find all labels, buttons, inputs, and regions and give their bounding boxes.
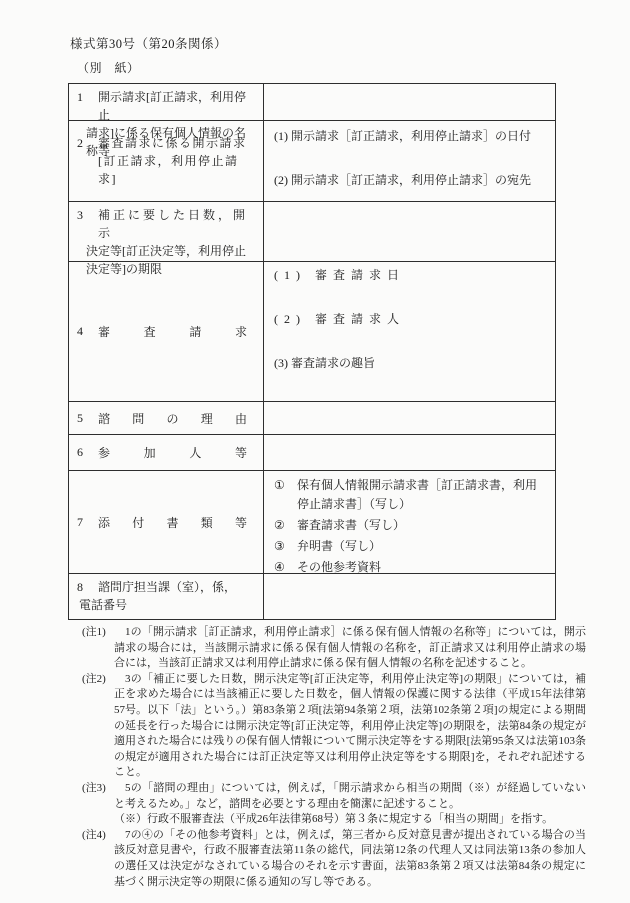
row-7-label-cell: 7 添付書類等 [69, 471, 264, 573]
row-label-line: 電話番号 [77, 596, 255, 614]
row-5-value-cell [264, 402, 555, 434]
note-tag: (注1) [82, 625, 114, 672]
row-label-text: 添付書類等 [98, 514, 247, 531]
table-row-6: 6 参加人等 [69, 435, 555, 471]
attachment-item-2: ② 審査請求書（写し） [274, 516, 545, 535]
row-4-value-cell: (1) 審査請求日 (2) 審査請求人 (3) 審査請求の趣旨 [264, 262, 555, 401]
note-3: (注3) 5の「諮問の理由」については，例えば，「開示請求から相当の期間（※）が… [82, 781, 586, 828]
note-2: (注2) 3の「補正に要した日数，開示決定等[訂正決定等，利用停止決定等]の期限… [82, 672, 586, 781]
note-4: (注4) 7の④の「その他参考資料」とは，例えば，第三者から反対意見書が提出され… [82, 828, 586, 890]
note-text: 1の「開示請求［訂正請求，利用停止請求］に係る保有個人情報の名称等」については，… [114, 625, 586, 672]
attachment-item-text: 保有個人情報開示請求書［訂正請求書，利用 停止請求書］（写し） [297, 476, 545, 514]
row-label-text: 審査請求 [98, 323, 247, 340]
row-3-value-cell [264, 202, 555, 261]
circled-number-marker: ② [274, 516, 297, 535]
row-1-value-cell [264, 84, 555, 120]
row-number: 5 [77, 411, 98, 426]
note-body: 7の④の「その他参考資料」とは，例えば，第三者から反対意見書が提出されている場合… [114, 828, 586, 890]
value-line: 停止請求書］（写し） [297, 495, 545, 514]
row-8-label-cell: 8 諮問庁担当課（室），係， 電話番号 [69, 574, 264, 619]
request-info-table: 1 開示請求[訂正請求，利用停止 請求]に係る保有個人情報の名称等 2 審査請求… [68, 83, 556, 620]
row-number: 6 [77, 445, 98, 460]
form-number-heading: 様式第30号（第20条関係） [68, 34, 586, 52]
note-body: 3の「補正に要した日数，開示決定等[訂正決定等，利用停止決定等]の期限」について… [114, 672, 586, 781]
note-subnote: （※）行政不服審査法（平成26年法律第68号）第３条に規定する「相当の期間」を指… [114, 812, 586, 828]
note-text: 7の④の「その他参考資料」とは，例えば，第三者から反対意見書が提出されている場合… [114, 828, 586, 890]
row-label-line: 8 諮問庁担当課（室），係， [77, 578, 255, 596]
row-7-value-cell: ① 保有個人情報開示請求書［訂正請求書，利用 停止請求書］（写し） ② 審査請求… [264, 471, 555, 573]
table-row-2: 2 審査請求に係る開示請求 [訂正請求，利用停止請求] (1) 開示請求［訂正請… [69, 121, 555, 202]
row-number: 8 [77, 578, 98, 596]
attachment-item-1: ① 保有個人情報開示請求書［訂正請求書，利用 停止請求書］（写し） [274, 476, 545, 514]
table-row-8: 8 諮問庁担当課（室），係， 電話番号 [69, 574, 555, 619]
row-label-text: 補正に要した日数，開示 [98, 206, 255, 242]
table-row-3: 3 補正に要した日数，開示 決定等[訂正決定等，利用停止 決定等]の期限 [69, 202, 555, 262]
attachment-item-text: 審査請求書（写し） [297, 516, 545, 535]
row-number: 1 [77, 88, 98, 124]
value-line: (1) 開示請求［訂正請求，利用停止請求］の日付 [274, 127, 545, 145]
row-label-text: 諮問の理由 [98, 410, 247, 427]
row-label-line: 決定等[訂正決定等，利用停止 [77, 242, 255, 260]
table-row-5: 5 諮問の理由 [69, 402, 555, 435]
value-line: (1) 審査請求日 [274, 267, 545, 284]
note-text: 5の「諮問の理由」については，例えば，「開示請求から相当の期間（※）が経過してい… [114, 781, 586, 812]
row-2-value-cell: (1) 開示請求［訂正請求，利用停止請求］の日付 (2) 開示請求［訂正請求，利… [264, 121, 555, 201]
row-number: 7 [77, 515, 98, 530]
attachment-item-text: 弁明書（写し） [297, 537, 545, 556]
row-number: 2 [77, 134, 98, 152]
note-tag: (注3) [82, 781, 114, 828]
table-row-1: 1 開示請求[訂正請求，利用停止 請求]に係る保有個人情報の名称等 [69, 84, 555, 121]
attachment-item-3: ③ 弁明書（写し） [274, 537, 545, 556]
row-label-text: 参加人等 [98, 444, 247, 461]
row-6-label-cell: 6 参加人等 [69, 435, 264, 470]
row-2-label-cell: 2 審査請求に係る開示請求 [訂正請求，利用停止請求] [69, 121, 264, 201]
row-label-line: 1 開示請求[訂正請求，利用停止 [77, 88, 255, 124]
note-text: 3の「補正に要した日数，開示決定等[訂正決定等，利用停止決定等]の期限」について… [114, 672, 586, 781]
row-4-label-cell: 4 審査請求 [69, 262, 264, 401]
row-label-text: 開示請求[訂正請求，利用停止 [98, 88, 255, 124]
row-label-text: 諮問庁担当課（室），係， [98, 578, 236, 596]
note-tag: (注4) [82, 828, 114, 890]
row-label-line: [訂正請求，利用停止請求] [77, 152, 255, 188]
circled-number-marker: ① [274, 476, 297, 514]
note-body: 1の「開示請求［訂正請求，利用停止請求］に係る保有個人情報の名称等」については，… [114, 625, 586, 672]
attachment-label: （別 紙） [68, 59, 586, 76]
note-1: (注1) 1の「開示請求［訂正請求，利用停止請求］に係る保有個人情報の名称等」に… [82, 625, 586, 672]
note-tag: (注2) [82, 672, 114, 781]
row-1-label-cell: 1 開示請求[訂正請求，利用停止 請求]に係る保有個人情報の名称等 [69, 84, 264, 120]
value-line: 保有個人情報開示請求書［訂正請求書，利用 [297, 476, 545, 495]
value-line: (3) 審査請求の趣旨 [274, 355, 545, 372]
row-3-label-cell: 3 補正に要した日数，開示 決定等[訂正決定等，利用停止 決定等]の期限 [69, 202, 264, 261]
row-label-line: 3 補正に要した日数，開示 [77, 206, 255, 242]
document-page: 様式第30号（第20条関係） （別 紙） 1 開示請求[訂正請求，利用停止 請求… [0, 0, 630, 903]
row-label-line: 2 審査請求に係る開示請求 [77, 134, 255, 152]
notes-section: (注1) 1の「開示請求［訂正請求，利用停止請求］に係る保有個人情報の名称等」に… [68, 625, 586, 890]
row-number: 4 [77, 324, 98, 339]
row-label-text: 審査請求に係る開示請求 [98, 134, 247, 152]
note-body: 5の「諮問の理由」については，例えば，「開示請求から相当の期間（※）が経過してい… [114, 781, 586, 828]
circled-number-marker: ③ [274, 537, 297, 556]
table-row-4: 4 審査請求 (1) 審査請求日 (2) 審査請求人 (3) 審査請求の趣旨 [69, 262, 555, 402]
row-8-value-cell [264, 574, 555, 619]
row-6-value-cell [264, 435, 555, 470]
row-number: 3 [77, 206, 98, 242]
value-line: (2) 審査請求人 [274, 311, 545, 328]
row-5-label-cell: 5 諮問の理由 [69, 402, 264, 434]
value-line: (2) 開示請求［訂正請求，利用停止請求］の宛先 [274, 171, 545, 189]
table-row-7: 7 添付書類等 ① 保有個人情報開示請求書［訂正請求書，利用 停止請求書］（写し… [69, 471, 555, 574]
